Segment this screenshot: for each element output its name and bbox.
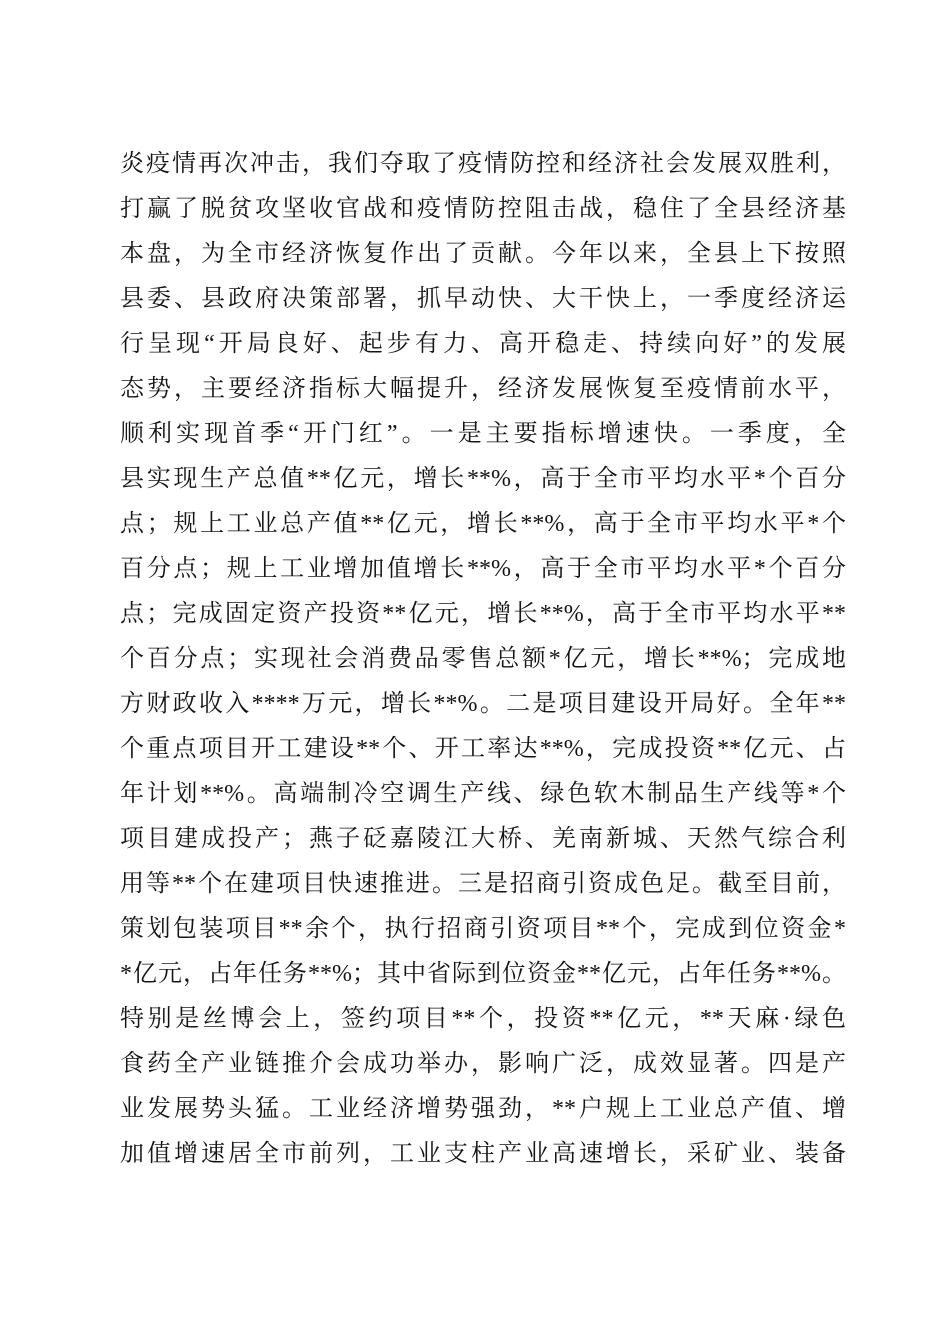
paragraph-line: 打赢了脱贫攻坚收官战和疫情防控阻击战，稳住了全县经济基: [120, 187, 846, 232]
paragraph-line: 策划包装项目**余个，执行招商引资项目**个，完成到位资金*: [120, 907, 846, 952]
paragraph-line: 本盘，为全市经济恢复作出了贡献。今年以来，全县上下按照: [120, 232, 846, 277]
paragraph-line: 百分点；规上工业增加值增长**%，高于全市平均水平*个百分: [120, 547, 846, 592]
document-page: 炎疫情再次冲击，我们夺取了疫情防控和经济社会发展双胜利， 打赢了脱贫攻坚收官战和…: [0, 0, 950, 1344]
paragraph-line: 点；规上工业总产值**亿元，增长**%，高于全市平均水平*个: [120, 502, 846, 547]
paragraph-line: 加值增速居全市前列，工业支柱产业高速增长，采矿业、装备: [120, 1132, 846, 1177]
paragraph-line: *亿元，占年任务**%；其中省际到位资金**亿元，占年任务**%。: [120, 952, 846, 997]
paragraph-line: 炎疫情再次冲击，我们夺取了疫情防控和经济社会发展双胜利，: [120, 142, 846, 187]
paragraph-line: 顺利实现首季“开门红”。一是主要指标增速快。一季度，全: [120, 412, 846, 457]
paragraph-line: 个百分点；实现社会消费品零售总额*亿元，增长**%；完成地: [120, 637, 846, 682]
paragraph-line: 项目建成投产；燕子砭嘉陵江大桥、羌南新城、天然气综合利: [120, 817, 846, 862]
paragraph: 炎疫情再次冲击，我们夺取了疫情防控和经济社会发展双胜利， 打赢了脱贫攻坚收官战和…: [120, 142, 846, 1177]
paragraph-line: 年计划**%。高端制冷空调生产线、绿色软木制品生产线等*个: [120, 772, 846, 817]
paragraph-line: 特别是丝博会上，签约项目**个，投资**亿元，**天麻·绿色: [120, 997, 846, 1042]
paragraph-line: 业发展势头猛。工业经济增势强劲，**户规上工业总产值、增: [120, 1087, 846, 1132]
paragraph-line: 态势，主要经济指标大幅提升，经济发展恢复至疫情前水平，: [120, 367, 846, 412]
paragraph-line: 用等**个在建项目快速推进。三是招商引资成色足。截至目前，: [120, 862, 846, 907]
paragraph-line: 点；完成固定资产投资**亿元，增长**%，高于全市平均水平**: [120, 592, 846, 637]
paragraph-line: 县委、县政府决策部署，抓早动快、大干快上，一季度经济运: [120, 277, 846, 322]
paragraph-line: 县实现生产总值**亿元，增长**%，高于全市平均水平*个百分: [120, 457, 846, 502]
paragraph-line: 食药全产业链推介会成功举办，影响广泛，成效显著。四是产: [120, 1042, 846, 1087]
paragraph-line: 方财政收入****万元，增长**%。二是项目建设开局好。全年**: [120, 682, 846, 727]
paragraph-line: 个重点项目开工建设**个、开工率达**%，完成投资**亿元、占: [120, 727, 846, 772]
paragraph-line: 行呈现“开局良好、起步有力、高开稳走、持续向好”的发展: [120, 322, 846, 367]
